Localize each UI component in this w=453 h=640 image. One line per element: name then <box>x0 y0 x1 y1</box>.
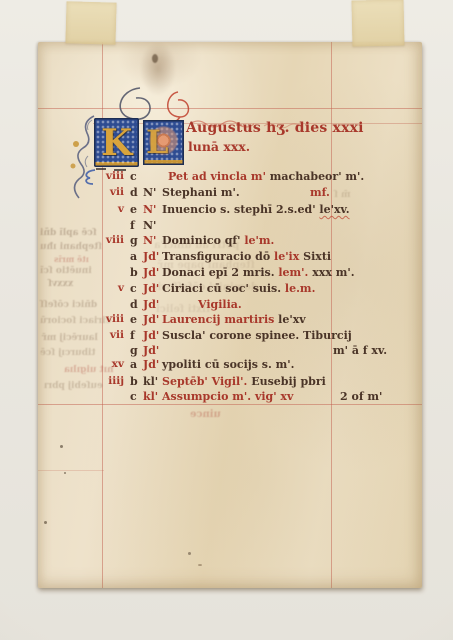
feast-text-segment: Eusebij pbri <box>251 375 326 388</box>
calendar-row: iiijbkl'Septēb' Vigil'. Eusebij pbri <box>38 375 422 390</box>
feast-entry: Donaci epī 2 mris. lem'. xxx m'. <box>162 266 355 279</box>
dominical-letter: e <box>130 203 137 216</box>
feast-text-segment: Assumpcio m'. vig' xv <box>162 390 293 403</box>
calendar-row: gJd'm' ā f xv. <box>38 344 422 359</box>
feast-text-segment: Transfiguracio dō <box>162 250 274 263</box>
margin-note: m' ā f xv. <box>333 344 387 357</box>
dominical-letter: f <box>130 219 135 232</box>
calendar-row: viidN'Stephani m'.mf. <box>38 186 422 201</box>
feast-text-segment: le'ix <box>274 250 303 263</box>
roman-date-label: Jd' <box>143 313 159 326</box>
golden-number: vii <box>68 329 124 342</box>
bleed-through-mark: uince <box>190 409 221 420</box>
ink-stain-dot <box>152 54 158 63</box>
feast-text-segment: Pet ad vincla m' <box>168 170 266 183</box>
feast-entry: Ciriaci cū soc' suis. le.m. <box>162 282 315 295</box>
feast-entry: Stephani m'. <box>162 186 240 199</box>
feast-text-segment: Vigilia. <box>198 298 242 311</box>
calendar-row: ckl'Assumpcio m'. vig' xv2 of m' <box>38 390 422 405</box>
dominical-letter: a <box>130 250 137 263</box>
golden-number: vii <box>68 186 124 199</box>
tape-strip-right <box>352 0 405 47</box>
kl-initial-l-panel: L <box>143 120 184 165</box>
kl-initial-k: K <box>101 121 132 165</box>
roman-date-label: Jd' <box>143 266 159 279</box>
feast-text-segment: Ciriaci cū soc' suis. <box>162 282 285 295</box>
feast-text-segment: Suscla' corone spinee. Tiburcij <box>162 329 352 342</box>
margin-note: 2 of m' <box>340 390 382 403</box>
feast-text-segment: Inuencio s. stephī 2.s.ed' <box>162 203 319 216</box>
roman-date-label: Jd' <box>143 329 159 342</box>
speck <box>188 552 191 555</box>
calendar-row: viifJd'Suscla' corone spinee. Tiburcij <box>38 329 422 344</box>
calendar-row: viiicPet ad vincla m' machabeor' m'. <box>38 170 422 185</box>
photo-stage: ſcē aplī dñiſtephani ıħuıtē mrīsinuētio … <box>0 0 453 640</box>
dominical-letter: b <box>130 266 138 279</box>
feast-text-segment: Sixti <box>303 250 331 263</box>
feast-text-segment: le'm. <box>244 234 274 247</box>
margin-note: mf. <box>310 186 330 199</box>
dominical-letter: c <box>130 170 137 183</box>
speck <box>64 472 66 474</box>
dominical-letter: c <box>130 282 137 295</box>
roman-date-label: N' <box>143 186 156 199</box>
dominical-letter: f <box>130 329 135 342</box>
golden-number: v <box>68 282 124 295</box>
feast-text-segment: le'xv. <box>319 203 349 216</box>
roman-date-label: N' <box>143 219 156 232</box>
dominical-letter: d <box>130 298 138 311</box>
golden-number: iiij <box>68 375 124 388</box>
speck <box>44 521 47 524</box>
feast-text-segment: Dominico qf' <box>162 234 244 247</box>
feast-text-segment: Stephani m'. <box>162 186 240 199</box>
feast-entry: Transfiguracio dō le'ix Sixti <box>162 250 331 263</box>
feast-text-segment: Laurencij martiris <box>162 313 278 326</box>
tape-strip-left <box>65 1 116 44</box>
roman-date-label: N' <box>143 234 156 247</box>
roman-date-label: kl' <box>143 390 158 403</box>
month-heading-line2: lunā xxx. <box>188 139 250 154</box>
roman-date-label: Jd' <box>143 298 159 311</box>
ruled-line-lower-faint <box>38 470 104 471</box>
speck <box>198 564 202 566</box>
golden-number: viii <box>68 170 124 183</box>
golden-number: viii <box>68 313 124 326</box>
feast-entry: Septēb' Vigil'. Eusebij pbri <box>162 375 326 388</box>
dominical-letter: a <box>130 358 137 371</box>
roman-date-label: Jd' <box>143 250 159 263</box>
feast-entry: Vigilia. <box>198 298 242 311</box>
speck <box>60 445 63 448</box>
dominical-letter: c <box>130 390 137 403</box>
kl-initial-k-panel: K <box>94 118 139 167</box>
calendar-row: dJd'Vigilia. <box>38 298 422 313</box>
roman-date-label: kl' <box>143 375 158 388</box>
feast-entry: Inuencio s. stephī 2.s.ed' le'xv. <box>162 203 350 216</box>
roman-date-label: Jd' <box>143 282 159 295</box>
feast-text-segment: le.m. <box>285 282 315 295</box>
feast-text-segment: Donaci epī 2 mris. <box>162 266 278 279</box>
calendar-row: xvaJd'ypoliti cū socijs s. m'. <box>38 358 422 373</box>
manuscript-leaf: ſcē aplī dñiſtephani ıħuıtē mrīsinuētio … <box>38 42 422 588</box>
feast-entry: Pet ad vincla m' machabeor' m'. <box>168 170 364 183</box>
dominical-letter: g <box>130 234 138 247</box>
calendar-row: veN'Inuencio s. stephī 2.s.ed' le'xv. <box>38 203 422 218</box>
feast-text-segment: le'xv <box>278 313 306 326</box>
dominical-letter: b <box>130 375 138 388</box>
feast-entry: Assumpcio m'. vig' xv <box>162 390 293 403</box>
feast-text-segment: Septēb' Vigil'. <box>162 375 251 388</box>
feast-entry: Suscla' corone spinee. Tiburcij <box>162 329 352 342</box>
calendar-row: vcJd'Ciriaci cū soc' suis. le.m. <box>38 282 422 297</box>
feast-text-segment: machabeor' m'. <box>266 170 364 183</box>
roman-date-label: Jd' <box>143 344 159 357</box>
golden-number: v <box>68 203 124 216</box>
feast-text-segment: xxx m'. <box>312 266 354 279</box>
calendar-row: viiigN'Dominico qf' le'm. <box>38 234 422 249</box>
roman-date-label: N' <box>143 203 156 216</box>
kl-initial-l: L <box>146 121 169 163</box>
kl-monogram: K L <box>84 116 186 170</box>
feast-entry: Laurencij martiris le'xv <box>162 313 306 326</box>
golden-number: xv <box>68 358 124 371</box>
calendar-row: aJd'Transfiguracio dō le'ix Sixti <box>38 250 422 265</box>
dominical-letter: g <box>130 344 138 357</box>
calendar-row: bJd'Donaci epī 2 mris. lem'. xxx m'. <box>38 266 422 281</box>
calendar-row: viiieJd'Laurencij martiris le'xv <box>38 313 422 328</box>
month-heading: Augustus hʒ. dies xxxi <box>186 120 364 136</box>
feast-entry: Dominico qf' le'm. <box>162 234 274 247</box>
dominical-letter: e <box>130 313 137 326</box>
roman-date-label: Jd' <box>143 358 159 371</box>
dominical-letter: d <box>130 186 138 199</box>
calendar-row: fN' <box>38 219 422 234</box>
golden-number: viii <box>68 234 124 247</box>
feast-text-segment: ypoliti cū socijs s. m'. <box>162 358 295 371</box>
feast-text-segment: lem'. <box>278 266 312 279</box>
feast-entry: ypoliti cū socijs s. m'. <box>162 358 295 371</box>
